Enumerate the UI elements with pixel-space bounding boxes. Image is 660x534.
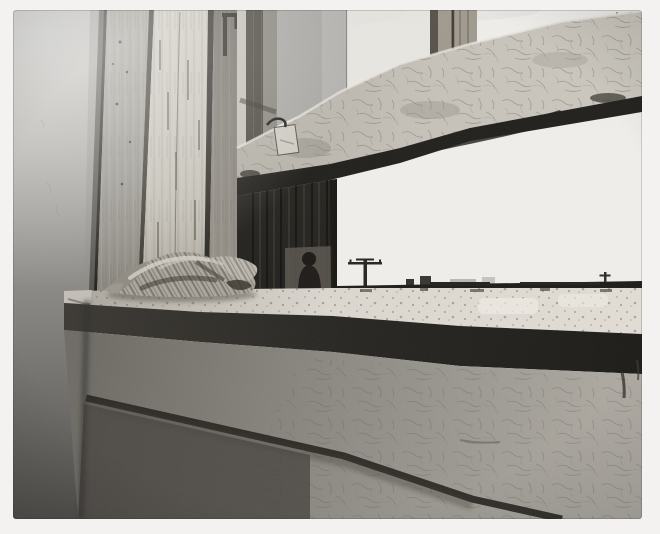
film-grain-overlay bbox=[13, 10, 642, 519]
window-photograph bbox=[0, 0, 660, 534]
photo-frame bbox=[0, 0, 660, 534]
